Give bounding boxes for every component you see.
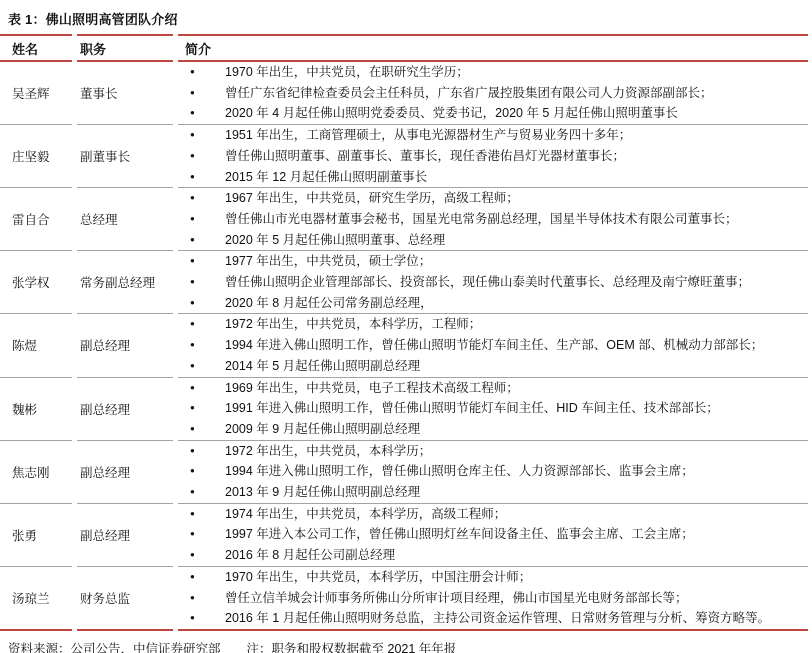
column-header-name: 姓名	[0, 34, 72, 62]
bio-bullet-item: ● 1970 年出生，中共党员，本科学历，中国注册会计师；	[178, 567, 808, 588]
bullet-icon: ●	[178, 378, 225, 399]
name-cell: 陈煜	[0, 314, 72, 377]
intro-cell: ● 1977 年出生，中共党员，硕士学位； ● 曾任佛山照明企业管理部部长、投资…	[178, 251, 808, 314]
bullet-icon: ●	[178, 524, 225, 545]
bio-bullet-item: ● 2015 年 12 月起任佛山照明副董事长	[178, 167, 808, 188]
position-cell: 副总经理	[77, 504, 173, 567]
table-row: 焦志刚 副总经理 ● 1972 年出生，中共党员，本科学历； ● 1994 年进…	[0, 441, 808, 504]
bullet-icon: ●	[178, 272, 225, 293]
bio-bullet-list: ● 1977 年出生，中共党员，硕士学位； ● 曾任佛山照明企业管理部部长、投资…	[178, 251, 808, 313]
bullet-text: 1972 年出生，中共党员，本科学历；	[225, 441, 808, 462]
bio-bullet-item: ● 1972 年出生，中共党员，本科学历；	[178, 441, 808, 462]
name-cell: 张学权	[0, 251, 72, 314]
bio-bullet-item: ● 2009 年 9 月起任佛山照明副总经理	[178, 419, 808, 440]
table-header-row: 姓名 职务 简介	[0, 34, 808, 62]
bio-bullet-item: ● 1974 年出生，中共党员，本科学历，高级工程师；	[178, 504, 808, 525]
bullet-text: 曾任佛山照明董事、副董事长、董事长，现任香港佑昌灯光器材董事长；	[225, 146, 808, 167]
bio-bullet-list: ● 1972 年出生，中共党员，本科学历，工程师； ● 1994 年进入佛山照明…	[178, 314, 808, 376]
bio-bullet-item: ● 1972 年出生，中共党员，本科学历，工程师；	[178, 314, 808, 335]
bio-bullet-item: ● 2016 年 1 月起任佛山照明财务总监，主持公司资金运作管理、日常财务管理…	[178, 608, 808, 629]
table-row: 张勇 副总经理 ● 1974 年出生，中共党员，本科学历，高级工程师； ● 19…	[0, 504, 808, 567]
bullet-text: 2020 年 5 月起任佛山照明董事、总经理	[225, 230, 808, 251]
bullet-text: 1994 年进入佛山照明工作，曾任佛山照明仓库主任、人力资源部部长、监事会主席；	[225, 461, 808, 482]
name-cell: 雷自合	[0, 188, 72, 251]
intro-cell: ● 1969 年出生，中共党员，电子工程技术高级工程师； ● 1991 年进入佛…	[178, 378, 808, 441]
bullet-icon: ●	[178, 167, 225, 188]
bullet-text: 1977 年出生，中共党员，硕士学位；	[225, 251, 808, 272]
bullet-text: 1972 年出生，中共党员，本科学历，工程师；	[225, 314, 808, 335]
bullet-text: 曾任佛山市光电器材董事会秘书，国星光电常务副总经理，国星半导体技术有限公司董事长…	[225, 209, 808, 230]
bullet-icon: ●	[178, 230, 225, 251]
bio-bullet-list: ● 1972 年出生，中共党员，本科学历； ● 1994 年进入佛山照明工作，曾…	[178, 441, 808, 503]
bio-bullet-list: ● 1969 年出生，中共党员，电子工程技术高级工程师； ● 1991 年进入佛…	[178, 378, 808, 440]
bio-bullet-item: ● 1994 年进入佛山照明工作，曾任佛山照明仓库主任、人力资源部部长、监事会主…	[178, 461, 808, 482]
bullet-text: 1991 年进入佛山照明工作，曾任佛山照明节能灯车间主任、HID 车间主任、技术…	[225, 398, 808, 419]
bio-bullet-item: ● 2020 年 4 月起任佛山照明党委委员、党委书记，2020 年 5 月起任…	[178, 103, 808, 124]
position-cell: 董事长	[77, 62, 173, 125]
bullet-icon: ●	[178, 545, 225, 566]
bio-bullet-item: ● 1977 年出生，中共党员，硕士学位；	[178, 251, 808, 272]
bullet-icon: ●	[178, 103, 225, 124]
name-cell: 焦志刚	[0, 441, 72, 504]
table-row: 汤琼兰 财务总监 ● 1970 年出生，中共党员，本科学历，中国注册会计师； ●…	[0, 567, 808, 631]
bullet-icon: ●	[178, 83, 225, 104]
name-cell: 吴圣辉	[0, 62, 72, 125]
name-cell: 汤琼兰	[0, 567, 72, 631]
bio-bullet-item: ● 1991 年进入佛山照明工作，曾任佛山照明节能灯车间主任、HID 车间主任、…	[178, 398, 808, 419]
bullet-icon: ●	[178, 461, 225, 482]
bio-bullet-item: ● 曾任立信羊城会计师事务所佛山分所审计项目经理，佛山市国星光电财务部部长等；	[178, 588, 808, 609]
bio-bullet-item: ● 1951 年出生，工商管理硕士，从事电光源器材生产与贸易业务四十多年；	[178, 125, 808, 146]
bio-bullet-item: ● 1969 年出生，中共党员，电子工程技术高级工程师；	[178, 378, 808, 399]
bullet-text: 2009 年 9 月起任佛山照明副总经理	[225, 419, 808, 440]
bullet-icon: ●	[178, 293, 225, 314]
bullet-icon: ●	[178, 146, 225, 167]
bullet-text: 2015 年 12 月起任佛山照明副董事长	[225, 167, 808, 188]
note-text: 注：职务和股权数据截至 2021 年年报	[247, 642, 457, 653]
intro-cell: ● 1972 年出生，中共党员，本科学历； ● 1994 年进入佛山照明工作，曾…	[178, 441, 808, 504]
bullet-icon: ●	[178, 188, 225, 209]
column-header-intro: 简介	[178, 34, 808, 62]
table-row: 张学权 常务副总经理 ● 1977 年出生，中共党员，硕士学位； ● 曾任佛山照…	[0, 251, 808, 314]
table-row: 陈煜 副总经理 ● 1972 年出生，中共党员，本科学历，工程师； ● 1994…	[0, 314, 808, 377]
position-cell: 财务总监	[77, 567, 173, 631]
intro-cell: ● 1951 年出生，工商管理硕士，从事电光源器材生产与贸易业务四十多年； ● …	[178, 125, 808, 188]
bullet-text: 2016 年 8 月起任公司副总经理	[225, 545, 808, 566]
name-cell: 张勇	[0, 504, 72, 567]
bullet-icon: ●	[178, 441, 225, 462]
intro-cell: ● 1972 年出生，中共党员，本科学历，工程师； ● 1994 年进入佛山照明…	[178, 314, 808, 377]
position-cell: 副总经理	[77, 441, 173, 504]
bullet-icon: ●	[178, 209, 225, 230]
bullet-icon: ●	[178, 482, 225, 503]
bullet-text: 曾任佛山照明企业管理部部长、投资部长，现任佛山泰美时代董事长、总经理及南宁燎旺董…	[225, 272, 808, 293]
bio-bullet-list: ● 1967 年出生，中共党员，研究生学历，高级工程师； ● 曾任佛山市光电器材…	[178, 188, 808, 250]
bullet-text: 1951 年出生，工商管理硕士，从事电光源器材生产与贸易业务四十多年；	[225, 125, 808, 146]
position-cell: 副董事长	[77, 125, 173, 188]
bullet-icon: ●	[178, 251, 225, 272]
position-cell: 副总经理	[77, 378, 173, 441]
bullet-text: 1974 年出生，中共党员，本科学历，高级工程师；	[225, 504, 808, 525]
position-cell: 总经理	[77, 188, 173, 251]
bullet-text: 曾任广东省纪律检查委员会主任科员，广东省广晟控股集团有限公司人力资源部副部长；	[225, 83, 808, 104]
bullet-text: 2016 年 1 月起任佛山照明财务总监，主持公司资金运作管理、日常财务管理与分…	[225, 608, 808, 629]
table-body: 吴圣辉 董事长 ● 1970 年出生，中共党员，在职研究生学历； ● 曾任广东省…	[0, 62, 808, 631]
table-footnote: 资料来源：公司公告，中信证券研究部注：职务和股权数据截至 2021 年年报	[0, 631, 812, 653]
bullet-text: 2020 年 4 月起任佛山照明党委委员、党委书记，2020 年 5 月起任佛山…	[225, 103, 808, 124]
bullet-icon: ●	[178, 125, 225, 146]
bio-bullet-list: ● 1951 年出生，工商管理硕士，从事电光源器材生产与贸易业务四十多年； ● …	[178, 125, 808, 187]
bio-bullet-item: ● 2016 年 8 月起任公司副总经理	[178, 545, 808, 566]
intro-cell: ● 1967 年出生，中共党员，研究生学历，高级工程师； ● 曾任佛山市光电器材…	[178, 188, 808, 251]
bullet-text: 1997 年进入本公司工作，曾任佛山照明灯丝车间设备主任、监事会主席、工会主席；	[225, 524, 808, 545]
bullet-text: 2014 年 5 月起任佛山照明副总经理	[225, 356, 808, 377]
bio-bullet-list: ● 1970 年出生，中共党员，本科学历，中国注册会计师； ● 曾任立信羊城会计…	[178, 567, 808, 629]
position-cell: 副总经理	[77, 314, 173, 377]
bullet-text: 1994 年进入佛山照明工作，曾任佛山照明节能灯车间主任、生产部、OEM 部、机…	[225, 335, 808, 356]
bullet-text: 1970 年出生，中共党员，在职研究生学历；	[225, 62, 808, 83]
bullet-icon: ●	[178, 398, 225, 419]
bio-bullet-item: ● 曾任佛山照明企业管理部部长、投资部长，现任佛山泰美时代董事长、总经理及南宁燎…	[178, 272, 808, 293]
bullet-icon: ●	[178, 608, 225, 629]
bullet-icon: ●	[178, 314, 225, 335]
research-report-table-page: 表 1：佛山照明高管团队介绍 姓名 职务 简介 吴圣辉 董事长 ● 1970 年…	[0, 0, 812, 653]
column-header-position: 职务	[77, 34, 173, 62]
bio-bullet-list: ● 1974 年出生，中共党员，本科学历，高级工程师； ● 1997 年进入本公…	[178, 504, 808, 566]
bio-bullet-item: ● 2013 年 9 月起任佛山照明副总经理	[178, 482, 808, 503]
bio-bullet-item: ● 2020 年 8 月起任公司常务副总经理，	[178, 293, 808, 314]
name-cell: 魏彬	[0, 378, 72, 441]
name-cell: 庄坚毅	[0, 125, 72, 188]
table-row: 吴圣辉 董事长 ● 1970 年出生，中共党员，在职研究生学历； ● 曾任广东省…	[0, 62, 808, 125]
bio-bullet-item: ● 1970 年出生，中共党员，在职研究生学历；	[178, 62, 808, 83]
bio-bullet-list: ● 1970 年出生，中共党员，在职研究生学历； ● 曾任广东省纪律检查委员会主…	[178, 62, 808, 124]
intro-cell: ● 1970 年出生，中共党员，本科学历，中国注册会计师； ● 曾任立信羊城会计…	[178, 567, 808, 631]
source-text: 资料来源：公司公告，中信证券研究部	[8, 642, 221, 653]
bullet-text: 1970 年出生，中共党员，本科学历，中国注册会计师；	[225, 567, 808, 588]
table-row: 庄坚毅 副董事长 ● 1951 年出生，工商管理硕士，从事电光源器材生产与贸易业…	[0, 125, 808, 188]
bio-bullet-item: ● 曾任广东省纪律检查委员会主任科员，广东省广晟控股集团有限公司人力资源部副部长…	[178, 83, 808, 104]
bullet-icon: ●	[178, 335, 225, 356]
intro-cell: ● 1970 年出生，中共党员，在职研究生学历； ● 曾任广东省纪律检查委员会主…	[178, 62, 808, 125]
table-row: 魏彬 副总经理 ● 1969 年出生，中共党员，电子工程技术高级工程师； ● 1…	[0, 378, 808, 441]
bullet-text: 2013 年 9 月起任佛山照明副总经理	[225, 482, 808, 503]
position-cell: 常务副总经理	[77, 251, 173, 314]
bullet-icon: ●	[178, 62, 225, 83]
bullet-text: 2020 年 8 月起任公司常务副总经理，	[225, 293, 808, 314]
bio-bullet-item: ● 2014 年 5 月起任佛山照明副总经理	[178, 356, 808, 377]
table-title: 表 1：佛山照明高管团队介绍	[0, 0, 812, 34]
bio-bullet-item: ● 1994 年进入佛山照明工作，曾任佛山照明节能灯车间主任、生产部、OEM 部…	[178, 335, 808, 356]
intro-cell: ● 1974 年出生，中共党员，本科学历，高级工程师； ● 1997 年进入本公…	[178, 504, 808, 567]
bullet-text: 1969 年出生，中共党员，电子工程技术高级工程师；	[225, 378, 808, 399]
bio-bullet-item: ● 曾任佛山市光电器材董事会秘书，国星光电常务副总经理，国星半导体技术有限公司董…	[178, 209, 808, 230]
bullet-icon: ●	[178, 504, 225, 525]
bio-bullet-item: ● 曾任佛山照明董事、副董事长、董事长，现任香港佑昌灯光器材董事长；	[178, 146, 808, 167]
bullet-icon: ●	[178, 419, 225, 440]
executive-table: 姓名 职务 简介 吴圣辉 董事长 ● 1970 年出生，中共党员，在职研究生学历…	[0, 34, 808, 631]
bio-bullet-item: ● 1967 年出生，中共党员，研究生学历，高级工程师；	[178, 188, 808, 209]
bio-bullet-item: ● 2020 年 5 月起任佛山照明董事、总经理	[178, 230, 808, 251]
bullet-icon: ●	[178, 567, 225, 588]
bullet-icon: ●	[178, 356, 225, 377]
table-row: 雷自合 总经理 ● 1967 年出生，中共党员，研究生学历，高级工程师； ● 曾…	[0, 188, 808, 251]
bullet-icon: ●	[178, 588, 225, 609]
bio-bullet-item: ● 1997 年进入本公司工作，曾任佛山照明灯丝车间设备主任、监事会主席、工会主…	[178, 524, 808, 545]
bullet-text: 1967 年出生，中共党员，研究生学历，高级工程师；	[225, 188, 808, 209]
bullet-text: 曾任立信羊城会计师事务所佛山分所审计项目经理，佛山市国星光电财务部部长等；	[225, 588, 808, 609]
